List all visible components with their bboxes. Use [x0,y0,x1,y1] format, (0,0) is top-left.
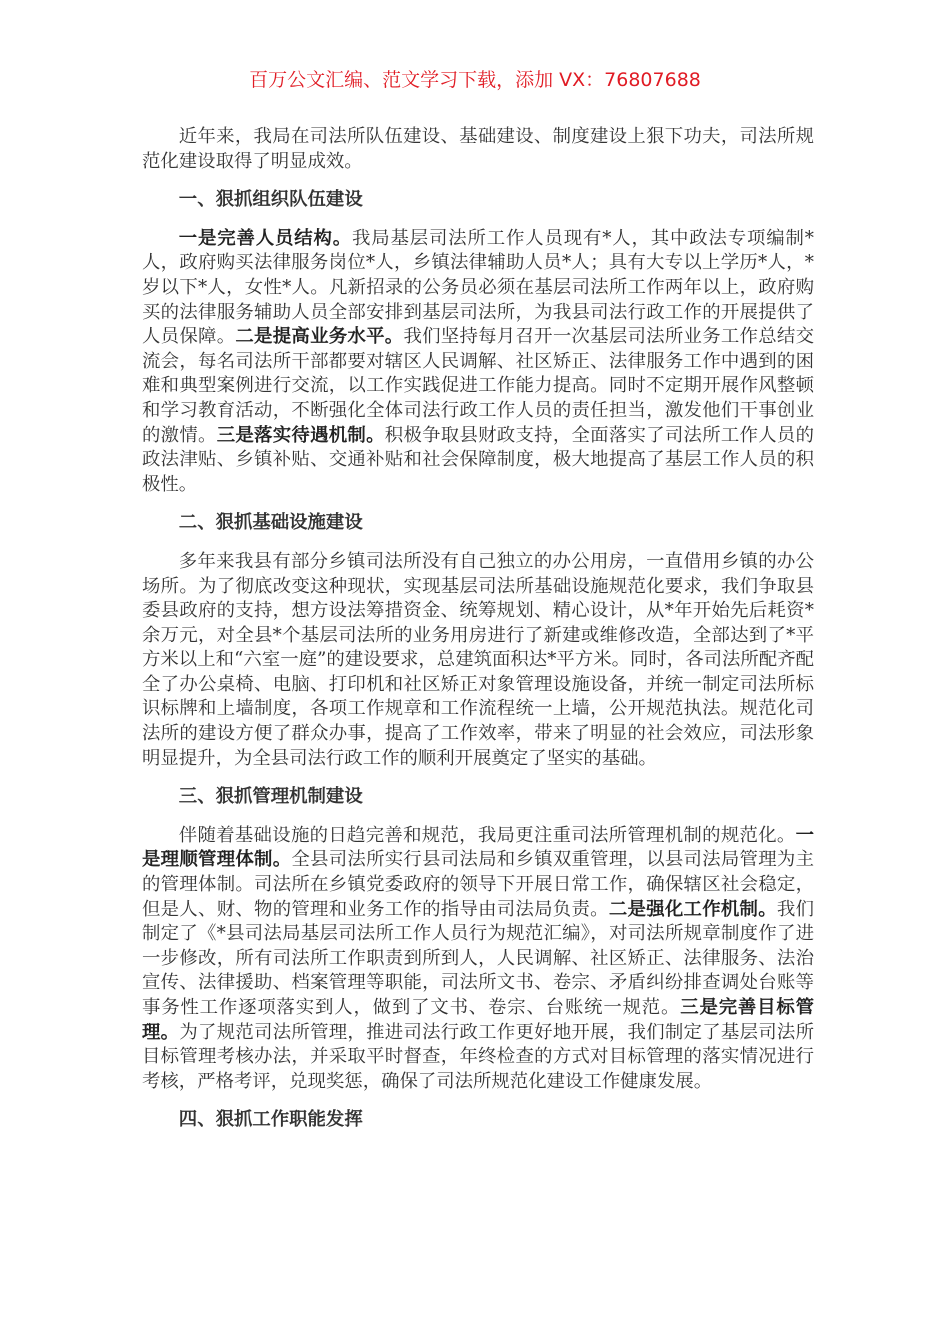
section-heading-2: 二、狠抓基础设施建设 [142,511,814,536]
intro-paragraph: 近年来，我局在司法所队伍建设、基础建设、制度建设上狠下功夫，司法所规范化建设取得… [142,125,814,174]
document-body: 近年来，我局在司法所队伍建设、基础建设、制度建设上狠下功夫，司法所规范化建设取得… [142,125,814,1133]
bold-lead: 二是提高业务水平。 [235,326,403,347]
bold-lead: 三是落实待遇机制。 [217,425,385,446]
body-text: 伴随着基础设施的日趋完善和规范，我局更注重司法所管理机制的规范化。 [179,825,796,846]
watermark-banner: 百万公文汇编、范文学习下载，添加 VX：76807688 [0,68,950,92]
section-heading-4: 四、狠抓工作职能发挥 [142,1108,814,1133]
document-page: 百万公文汇编、范文学习下载，添加 VX：76807688 近年来，我局在司法所队… [0,0,950,1344]
section-heading-3: 三、狠抓管理机制建设 [142,785,814,810]
section-heading-1: 一、狠抓组织队伍建设 [142,188,814,213]
section-3-paragraph: 伴随着基础设施的日趋完善和规范，我局更注重司法所管理机制的规范化。一是理顺管理体… [142,824,814,1095]
bold-lead: 一是完善人员结构。 [179,228,352,249]
body-text: 为了规范司法所管理，推进司法行政工作更好地开展，我们制定了基层司法所目标管理考核… [142,1022,814,1092]
section-1-paragraph: 一是完善人员结构。我局基层司法所工作人员现有*人，其中政法专项编制*人，政府购买… [142,227,814,498]
body-text: 多年来我县有部分乡镇司法所没有自己独立的办公用房，一直借用乡镇的办公场所。为了彻… [142,551,814,769]
bold-lead: 二是强化工作机制。 [609,899,777,920]
section-2-paragraph: 多年来我县有部分乡镇司法所没有自己独立的办公用房，一直借用乡镇的办公场所。为了彻… [142,550,814,771]
